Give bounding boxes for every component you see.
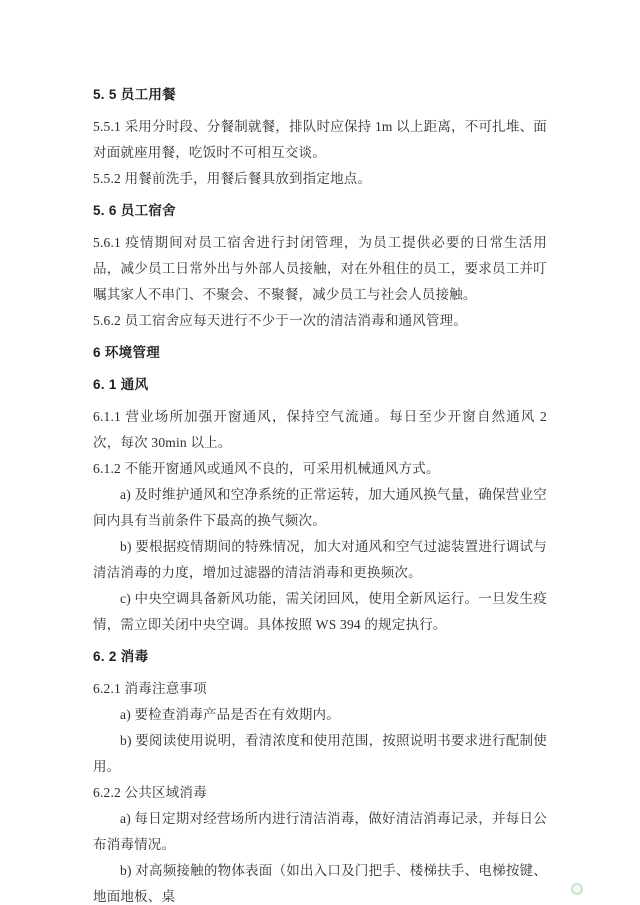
- clause-6-1-2-item-a: a) 及时维护通风和空净系统的正常运转，加大通风换气量，确保营业空间内具有当前条…: [93, 482, 547, 534]
- clause-5-5-1: 5.5.1 采用分时段、分餐制就餐，排队时应保持 1m 以上距离，不可扎堆、面对…: [93, 114, 547, 166]
- clause-6-2-2-item-b: b) 对高频接触的物体表面（如出入口及门把手、楼梯扶手、电梯按键、地面地板、桌: [93, 858, 547, 905]
- green-ring-watermark-icon: [571, 883, 583, 895]
- clause-6-2-2: 6.2.2 公共区域消毒: [93, 780, 547, 806]
- heading-6-2-disinfection: 6. 2 消毒: [93, 644, 547, 670]
- clause-6-1-1: 6.1.1 营业场所加强开窗通风，保持空气流通。每日至少开窗自然通风 2 次，每…: [93, 404, 547, 456]
- clause-6-1-2-item-b: b) 要根据疫情期间的特殊情况，加大对通风和空气过滤装置进行调试与清洁消毒的力度…: [93, 534, 547, 586]
- clause-6-1-2-item-c: c) 中央空调具备新风功能，需关闭回风，使用全新风运行。一旦发生疫情，需立即关闭…: [93, 586, 547, 638]
- clause-6-2-1: 6.2.1 消毒注意事项: [93, 676, 547, 702]
- clause-5-5-2: 5.5.2 用餐前洗手，用餐后餐具放到指定地点。: [93, 166, 547, 192]
- heading-5-5-employee-dining: 5. 5 员工用餐: [93, 82, 547, 108]
- clause-6-2-1-item-a: a) 要检查消毒产品是否在有效期内。: [93, 702, 547, 728]
- heading-6-environment-management: 6 环境管理: [93, 340, 547, 366]
- clause-5-6-1: 5.6.1 疫情期间对员工宿舍进行封闭管理，为员工提供必要的日常生活用品，减少员…: [93, 230, 547, 308]
- document-page: 5. 5 员工用餐 5.5.1 采用分时段、分餐制就餐，排队时应保持 1m 以上…: [0, 0, 640, 905]
- clause-6-1-2: 6.1.2 不能开窗通风或通风不良的，可采用机械通风方式。: [93, 456, 547, 482]
- clause-5-6-2: 5.6.2 员工宿舍应每天进行不少于一次的清洁消毒和通风管理。: [93, 308, 547, 334]
- heading-6-1-ventilation: 6. 1 通风: [93, 372, 547, 398]
- clause-6-2-2-item-a: a) 每日定期对经营场所内进行清洁消毒，做好清洁消毒记录，并每日公布消毒情况。: [93, 806, 547, 858]
- clause-6-2-1-item-b: b) 要阅读使用说明，看清浓度和使用范围，按照说明书要求进行配制使用。: [93, 728, 547, 780]
- heading-5-6-employee-dormitory: 5. 6 员工宿舍: [93, 198, 547, 224]
